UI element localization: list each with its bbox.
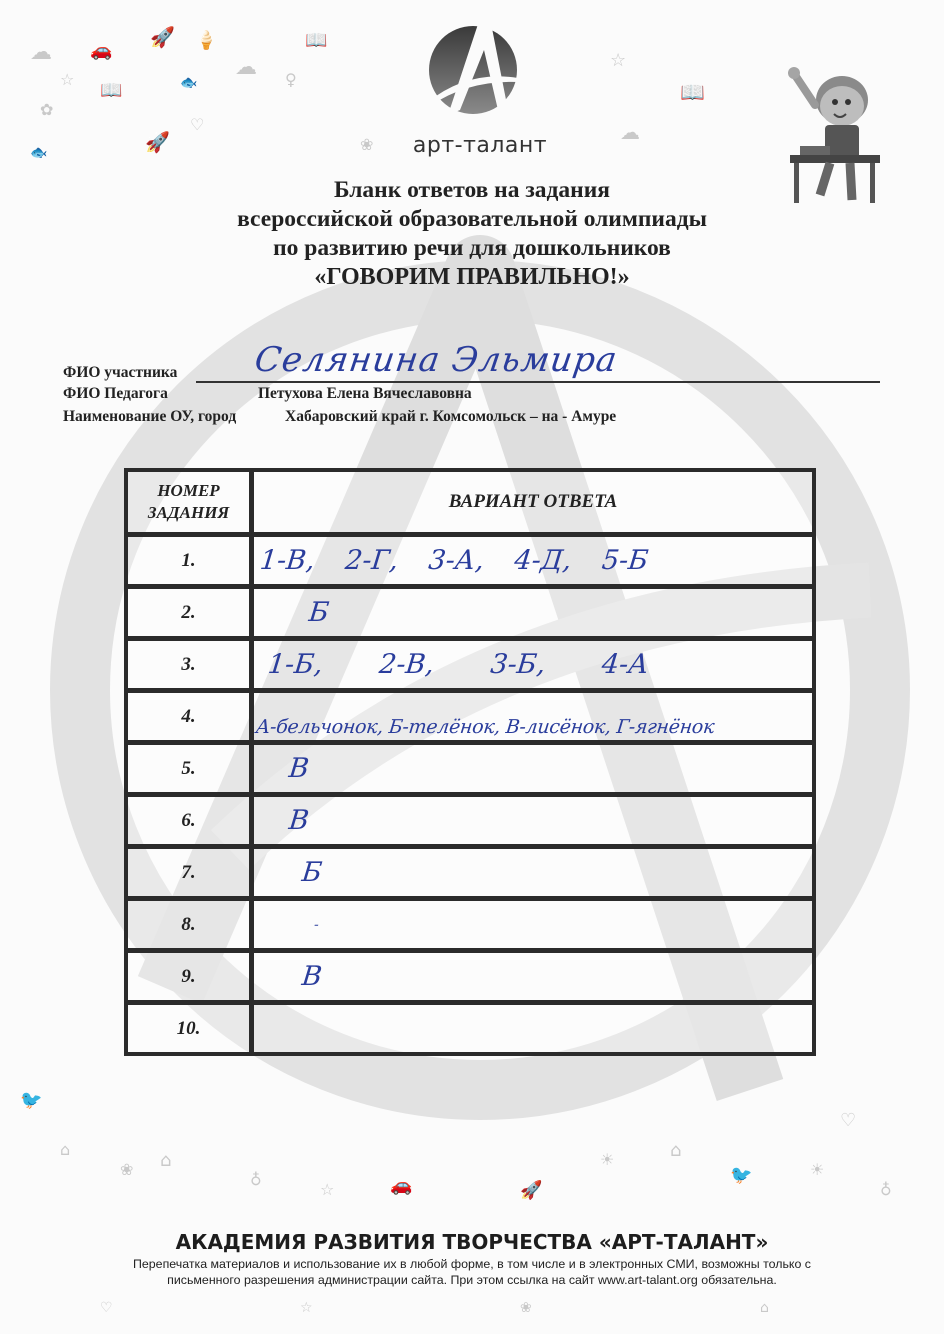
task-number: 7. [128, 849, 254, 896]
teacher-name-value: Петухова Елена Вячеславовна [258, 385, 472, 403]
art-talant-logo-icon [418, 10, 528, 120]
answer-cell[interactable]: Б [254, 849, 812, 896]
answer-text: 1-В, 2-Г, 3-А, 4-Д, 5-Б [258, 545, 649, 576]
star-doodle-icon: ☆ [610, 50, 626, 71]
task-number: 10. [128, 1005, 254, 1052]
answer-cell[interactable]: - [254, 901, 812, 948]
fish-doodle-icon: 🐟 [180, 75, 197, 91]
header-task-number: НОМЕР ЗАДАНИЯ [128, 472, 254, 532]
answer-cell[interactable] [254, 1005, 812, 1052]
title-line-2: всероссийской образовательной олимпиады [100, 205, 844, 234]
footer-copyright-note: Перепечатка материалов и использование и… [80, 1256, 864, 1288]
teacher-label: ФИО Педагога [63, 385, 168, 403]
answer-cell[interactable]: 1-Б, 2-В, 3-Б, 4-А [254, 641, 812, 688]
house-doodle-icon: ⌂ [670, 1140, 681, 1161]
answer-text: А-бельчонок, Б-телёнок, В-лисёнок, Г-ягн… [255, 716, 715, 738]
form-title: Бланк ответов на задания всероссийской о… [100, 176, 844, 292]
title-line-4: «ГОВОРИМ ПРАВИЛЬНО!» [100, 263, 844, 292]
table-row: 5. В [128, 740, 812, 792]
table-header-row: НОМЕР ЗАДАНИЯ ВАРИАНТ ОТВЕТА [128, 472, 812, 532]
star-doodle-icon: ☆ [320, 1180, 334, 1199]
cloud-doodle-icon: ☁ [620, 120, 640, 144]
answer-text: В [287, 805, 310, 836]
footer-note-line-2: письменного разрешения администрации сай… [80, 1272, 864, 1288]
organization-label: Наименование ОУ, город [63, 408, 236, 426]
organization-value: Хабаровский край г. Комсомольск – на - А… [285, 408, 616, 426]
rocket-doodle-icon: 🚀 [520, 1180, 542, 1201]
table-row: 2. Б [128, 584, 812, 636]
footer-academy-title: АКАДЕМИЯ РАЗВИТИЯ ТВОРЧЕСТВА «АРТ-ТАЛАНТ… [0, 1230, 944, 1254]
answer-text: В [300, 961, 323, 992]
table-row: 3. 1-Б, 2-В, 3-Б, 4-А [128, 636, 812, 688]
flower-doodle-icon: ❀ [360, 135, 373, 154]
heart-doodle-icon: ♡ [190, 115, 204, 134]
table-row: 8. - [128, 896, 812, 948]
title-line-1: Бланк ответов на задания [100, 176, 844, 205]
rocket-doodle-icon: 🚀 [150, 25, 175, 49]
stroller-doodle-icon: ✿ [40, 100, 53, 119]
task-number: 6. [128, 797, 254, 844]
sun-doodle-icon: ☀ [810, 1160, 824, 1179]
car-doodle-icon: 🚗 [90, 40, 112, 61]
flower-doodle-icon: ❀ [120, 1160, 133, 1179]
star-doodle-icon: ☆ [60, 70, 74, 89]
task-number: 5. [128, 745, 254, 792]
answer-cell[interactable]: А-бельчонок, Б-телёнок, В-лисёнок, Г-ягн… [254, 693, 812, 740]
task-number: 9. [128, 953, 254, 1000]
girl-doodle-icon: ♀ [285, 70, 297, 89]
header-number-line-2: ЗАДАНИЯ [148, 502, 229, 524]
header-answer-variant: ВАРИАНТ ОТВЕТА [254, 472, 812, 532]
heart-doodle-icon: ♡ [100, 1300, 113, 1316]
task-number: 4. [128, 693, 254, 740]
bird-doodle-icon: 🐦 [730, 1165, 752, 1186]
table-row: 6. В [128, 792, 812, 844]
participant-name-field[interactable]: Селянина Эльмира [252, 340, 620, 380]
house-doodle-icon: ⌂ [760, 1300, 769, 1316]
header-number-line-1: НОМЕР [148, 480, 229, 502]
cloud-doodle-icon: ☁ [30, 40, 52, 65]
answer-cell[interactable]: В [254, 745, 812, 792]
table-row: 1. 1-В, 2-Г, 3-А, 4-Д, 5-Б [128, 532, 812, 584]
task-number: 2. [128, 589, 254, 636]
flower-doodle-icon: ❀ [520, 1300, 532, 1316]
heart-doodle-icon: ♡ [840, 1110, 856, 1131]
house-doodle-icon: ⌂ [160, 1150, 171, 1171]
house-doodle-icon: ⌂ [60, 1140, 70, 1159]
book-doodle-icon: 📖 [100, 80, 122, 101]
answer-cell[interactable]: В [254, 953, 812, 1000]
task-number: 1. [128, 537, 254, 584]
table-row: 4. А-бельчонок, Б-телёнок, В-лисёнок, Г-… [128, 688, 812, 740]
bird-doodle-icon: 🐦 [20, 1090, 42, 1111]
table-row: 10. [128, 1000, 812, 1052]
logo-text: арт-талант [380, 133, 580, 158]
participant-label: ФИО участника [63, 364, 177, 382]
answer-cell[interactable]: Б [254, 589, 812, 636]
table-row: 9. В [128, 948, 812, 1000]
sun-doodle-icon: ☀ [600, 1150, 614, 1169]
book-doodle-icon: 📖 [305, 30, 327, 51]
apple-doodle-icon: ♁ [880, 1180, 892, 1199]
apple-doodle-icon: ♁ [250, 1170, 262, 1189]
icecream-doodle-icon: 🍦 [195, 30, 217, 51]
footer-note-line-1: Перепечатка материалов и использование и… [80, 1256, 864, 1272]
answer-cell[interactable]: 1-В, 2-Г, 3-А, 4-Д, 5-Б [254, 537, 812, 584]
car-doodle-icon: 🚗 [390, 1175, 412, 1196]
participant-underline [196, 381, 880, 383]
title-line-3: по развитию речи для дошкольников [100, 234, 844, 263]
answer-table: НОМЕР ЗАДАНИЯ ВАРИАНТ ОТВЕТА 1. 1-В, 2-Г… [124, 468, 816, 1056]
answer-text: Б [307, 597, 330, 628]
cloud-doodle-icon: ☁ [235, 55, 257, 80]
answer-text: В [287, 753, 310, 784]
table-row: 7. Б [128, 844, 812, 896]
answer-text: - [313, 917, 319, 933]
fish-doodle-icon: 🐟 [30, 145, 47, 161]
task-number: 8. [128, 901, 254, 948]
book-doodle-icon: 📖 [680, 80, 705, 104]
rocket-doodle-icon: 🚀 [145, 130, 170, 154]
answer-cell[interactable]: В [254, 797, 812, 844]
task-number: 3. [128, 641, 254, 688]
answer-text: Б [300, 857, 323, 888]
answer-text: 1-Б, 2-В, 3-Б, 4-А [266, 649, 650, 680]
star-doodle-icon: ☆ [300, 1300, 313, 1316]
